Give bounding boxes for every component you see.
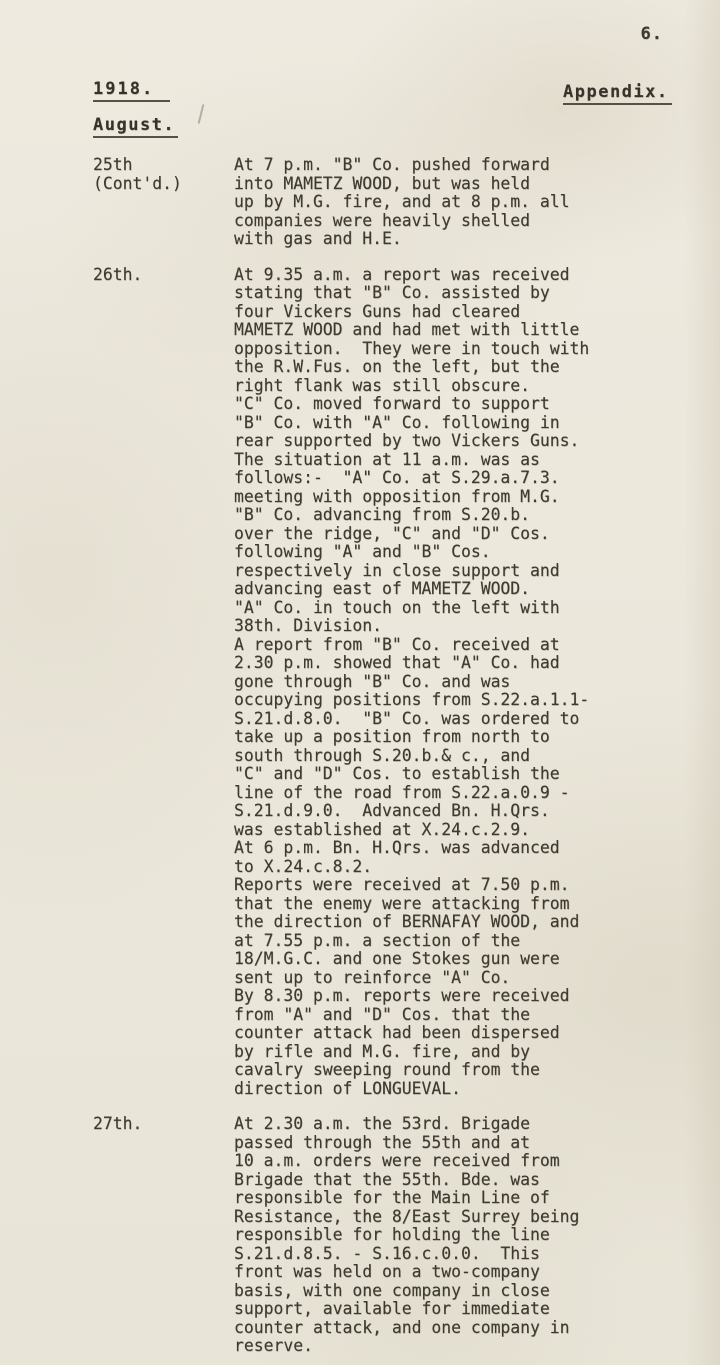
diary-entry-25th: 25th (Cont'd.) At 7 p.m. "B" Co. pushed … <box>93 156 693 249</box>
month-heading: August. <box>93 115 178 138</box>
appendix-heading: Appendix. <box>563 82 672 105</box>
diary-page: 6. 1918. Appendix. August. 25th (Cont'd.… <box>0 0 720 1365</box>
diary-entry-27th: 27th. At 2.30 a.m. the 53rd. Brigade pas… <box>93 1115 693 1356</box>
entry-text: At 2.30 a.m. the 53rd. Brigade passed th… <box>234 1115 693 1356</box>
page-number: 6. <box>0 24 663 44</box>
entry-date: 26th. <box>93 266 234 285</box>
entry-date: 27th. <box>93 1115 234 1134</box>
diary-entry-26th: 26th. At 9.35 a.m. a report was received… <box>93 266 693 1099</box>
year-heading: 1918. <box>93 79 170 102</box>
entry-list: 25th (Cont'd.) At 7 p.m. "B" Co. pushed … <box>93 156 693 1356</box>
entry-text: At 7 p.m. "B" Co. pushed forward into MA… <box>234 156 693 249</box>
stray-pen-mark <box>198 104 205 124</box>
entry-text: At 9.35 a.m. a report was received stati… <box>234 266 693 1099</box>
entry-date: 25th (Cont'd.) <box>93 156 234 193</box>
